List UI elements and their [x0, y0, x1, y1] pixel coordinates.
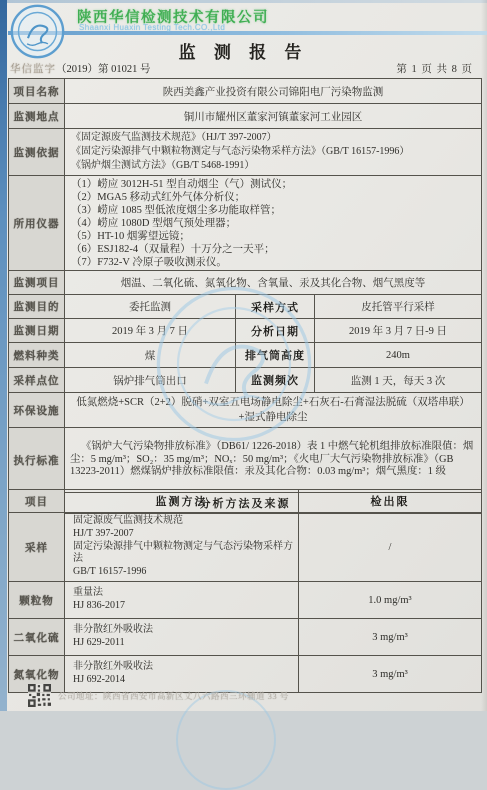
table-row: 监测日期 2019 年 3 月 7 日 分析日期 2019 年 3 月 7 日-… — [9, 319, 482, 343]
report-title: 监 测 报 告 — [0, 38, 487, 63]
method-line: 非分散红外吸收法 — [73, 624, 294, 637]
project-name-value: 陕西美鑫产业投资有限公司锦阳电厂污染物监测 — [65, 79, 482, 104]
method-line: 重量法 — [73, 587, 294, 600]
table-row: 燃料种类 煤 排气筒高度 240m — [9, 343, 482, 368]
report-number: （2019）第 01021 号 — [56, 64, 151, 75]
scan-left-edge — [0, 0, 7, 711]
column-header-limit: 检出限 — [299, 490, 482, 513]
items-value: 烟温、二氧化硫、氮氧化物、含氧量、汞及其化合物、烟气黑度等 — [65, 271, 482, 295]
row-label: 采样方式 — [236, 295, 315, 319]
report-number-prefix: 华信监字 — [10, 64, 56, 75]
table-row: 采样点位 锅炉排气筒出口 监测频次 监测 1 天，每天 3 次 — [9, 368, 482, 393]
detection-limit: 1.0 mg/m³ — [299, 582, 482, 619]
standard-value: 《锅炉大气污染物排放标准》（DB61/ 1226-2018）表 1 中燃气轮机组… — [65, 428, 482, 493]
sampling-method-value: 皮托管平行采样 — [315, 295, 482, 319]
table-row: 项目名称 陕西美鑫产业投资有限公司锦阳电厂污染物监测 — [9, 79, 482, 104]
footer-address: 公司地址：陕西省西安市高新区丈八六路西三环辅道 33 号 — [58, 690, 289, 702]
row-label: 二氧化硫 — [9, 619, 65, 656]
table-row: 监测地点 铜川市耀州区董家河镇董家河工业园区 — [9, 104, 482, 129]
method-cell: 非分散红外吸收法 HJ 629-2011 — [65, 619, 299, 656]
instrument-line: （1）崂应 3012H-51 型自动烟尘（气）测试仪； — [71, 178, 477, 191]
method-line: 固定源废气监测技术规范 — [73, 515, 294, 528]
row-label: 监测日期 — [9, 319, 65, 343]
instrument-line: （2）MGA5 移动式红外气体分析仪； — [71, 191, 477, 204]
frequency-value: 监测 1 天，每天 3 次 — [315, 368, 482, 393]
instrument-line: （3）崂应 1085 型低浓度烟尘多功能取样管； — [71, 204, 477, 217]
location-value: 铜川市耀州区董家河镇董家河工业园区 — [65, 104, 482, 129]
method-line: 固定污染源排气中颗粒物测定与气态污染物采样方法 — [73, 541, 294, 567]
env-facility-value: 低氮燃烧+SCR（2+2）脱硝+双室五电场静电除尘+石灰石-石膏湿法脱硫（双塔串… — [65, 393, 482, 428]
method-cell: 固定源废气监测技术规范 HJ/T 397-2007 固定污染源排气中颗粒物测定与… — [65, 513, 299, 582]
analysis-date-value: 2019 年 3 月 7 日-9 日 — [315, 319, 482, 343]
table-row: 所用仪器 （1）崂应 3012H-51 型自动烟尘（气）测试仪； （2）MGA5… — [9, 176, 482, 271]
row-label: 项目名称 — [9, 79, 65, 104]
table-row: 环保设施 低氮燃烧+SCR（2+2）脱硝+双室五电场静电除尘+石灰石-石膏湿法脱… — [9, 393, 482, 428]
row-label: 颗粒物 — [9, 582, 65, 619]
detection-limit: 3 mg/m³ — [299, 656, 482, 693]
row-label: 执行标准 — [9, 428, 65, 493]
row-label: 监测目的 — [9, 295, 65, 319]
basis-line: 《固定污染源排气中颗粒物测定与气态污染物采样方法》（GB/T 16157-199… — [71, 145, 477, 159]
method-cell: 非分散红外吸收法 HJ 692-2014 — [65, 656, 299, 693]
row-label: 燃料种类 — [9, 343, 65, 368]
report-number-line: 华信监字（2019）第 01021 号 第 1 页 共 8 页 — [10, 61, 479, 76]
table-row: 监测依据 《固定源废气监测技术规范》（HJ/T 397-2007） 《固定污染源… — [9, 129, 482, 176]
detection-limit: / — [299, 513, 482, 582]
table-row: 执行标准 《锅炉大气污染物排放标准》（DB61/ 1226-2018）表 1 中… — [9, 428, 482, 493]
instrument-line: （4）崂应 1080D 型烟气预处理器； — [71, 217, 477, 230]
table-row: 采样 固定源废气监测技术规范 HJ/T 397-2007 固定污染源排气中颗粒物… — [9, 513, 482, 582]
table-row: 监测项目 烟温、二氧化硫、氮氧化物、含氧量、汞及其化合物、烟气黑度等 — [9, 271, 482, 295]
basis-value: 《固定源废气监测技术规范》（HJ/T 397-2007） 《固定污染源排气中颗粒… — [65, 129, 482, 176]
qr-code-icon — [28, 684, 51, 707]
table-row: 监测目的 委托监测 采样方式 皮托管平行采样 — [9, 295, 482, 319]
monitor-date-value: 2019 年 3 月 7 日 — [65, 319, 236, 343]
row-label: 监测频次 — [236, 368, 315, 393]
detection-limit: 3 mg/m³ — [299, 619, 482, 656]
table-row: 颗粒物 重量法 HJ 836-2017 1.0 mg/m³ — [9, 582, 482, 619]
table-row: 二氧化硫 非分散红外吸收法 HJ 629-2011 3 mg/m³ — [9, 619, 482, 656]
column-header-item: 项目 — [9, 490, 65, 513]
instrument-line: （5）HT-10 烟雾望远镜； — [71, 230, 477, 243]
instrument-line: （6）ESJ182-4（双量程）十万分之一天平； — [71, 243, 477, 256]
row-label: 监测依据 — [9, 129, 65, 176]
column-header-method: 监测方法 — [65, 490, 299, 513]
basis-line: 《锅炉烟尘测试方法》（GB/T 5468-1991） — [71, 159, 477, 173]
row-label: 排气筒高度 — [236, 343, 315, 368]
method-line: HJ 692-2014 — [73, 674, 294, 687]
monitoring-info-table: 项目名称 陕西美鑫产业投资有限公司锦阳电厂污染物监测 监测地点 铜川市耀州区董家… — [8, 78, 482, 514]
table-header-row: 项目 监测方法 检出限 — [9, 490, 482, 513]
method-cell: 重量法 HJ 836-2017 — [65, 582, 299, 619]
sampling-point-value: 锅炉排气筒出口 — [65, 368, 236, 393]
stack-height-value: 240m — [315, 343, 482, 368]
row-label: 采样 — [9, 513, 65, 582]
basis-line: 《固定源废气监测技术规范》（HJ/T 397-2007） — [71, 131, 477, 145]
purpose-value: 委托监测 — [65, 295, 236, 319]
row-label: 环保设施 — [9, 393, 65, 428]
row-label: 采样点位 — [9, 368, 65, 393]
analysis-method-table: 项目 监测方法 检出限 采样 固定源废气监测技术规范 HJ/T 397-2007… — [8, 489, 482, 693]
instrument-line: （7）F732-V 冷原子吸收测汞仪。 — [71, 256, 477, 269]
method-line: GB/T 16157-1996 — [73, 566, 294, 579]
fuel-value: 煤 — [65, 343, 236, 368]
method-line: HJ/T 397-2007 — [73, 528, 294, 541]
scanned-report-page: 陕西华信检测技术有限公司 Shaanxi Huaxin Testing Tech… — [0, 0, 487, 711]
company-name-en: Shaanxi Huaxin Testing Tech.CO.,Ltd — [79, 23, 225, 32]
page-indicator: 第 1 页 共 8 页 — [396, 61, 473, 76]
instruments-value: （1）崂应 3012H-51 型自动烟尘（气）测试仪； （2）MGA5 移动式红… — [65, 176, 482, 271]
method-line: HJ 836-2017 — [73, 600, 294, 613]
row-label: 分析日期 — [236, 319, 315, 343]
row-label: 监测项目 — [9, 271, 65, 295]
scan-top-edge — [7, 0, 487, 3]
method-line: HJ 629-2011 — [73, 637, 294, 650]
table-row: 氮氧化物 非分散红外吸收法 HJ 692-2014 3 mg/m³ — [9, 656, 482, 693]
method-line: 非分散红外吸收法 — [73, 661, 294, 674]
row-label: 监测地点 — [9, 104, 65, 129]
row-label: 所用仪器 — [9, 176, 65, 271]
